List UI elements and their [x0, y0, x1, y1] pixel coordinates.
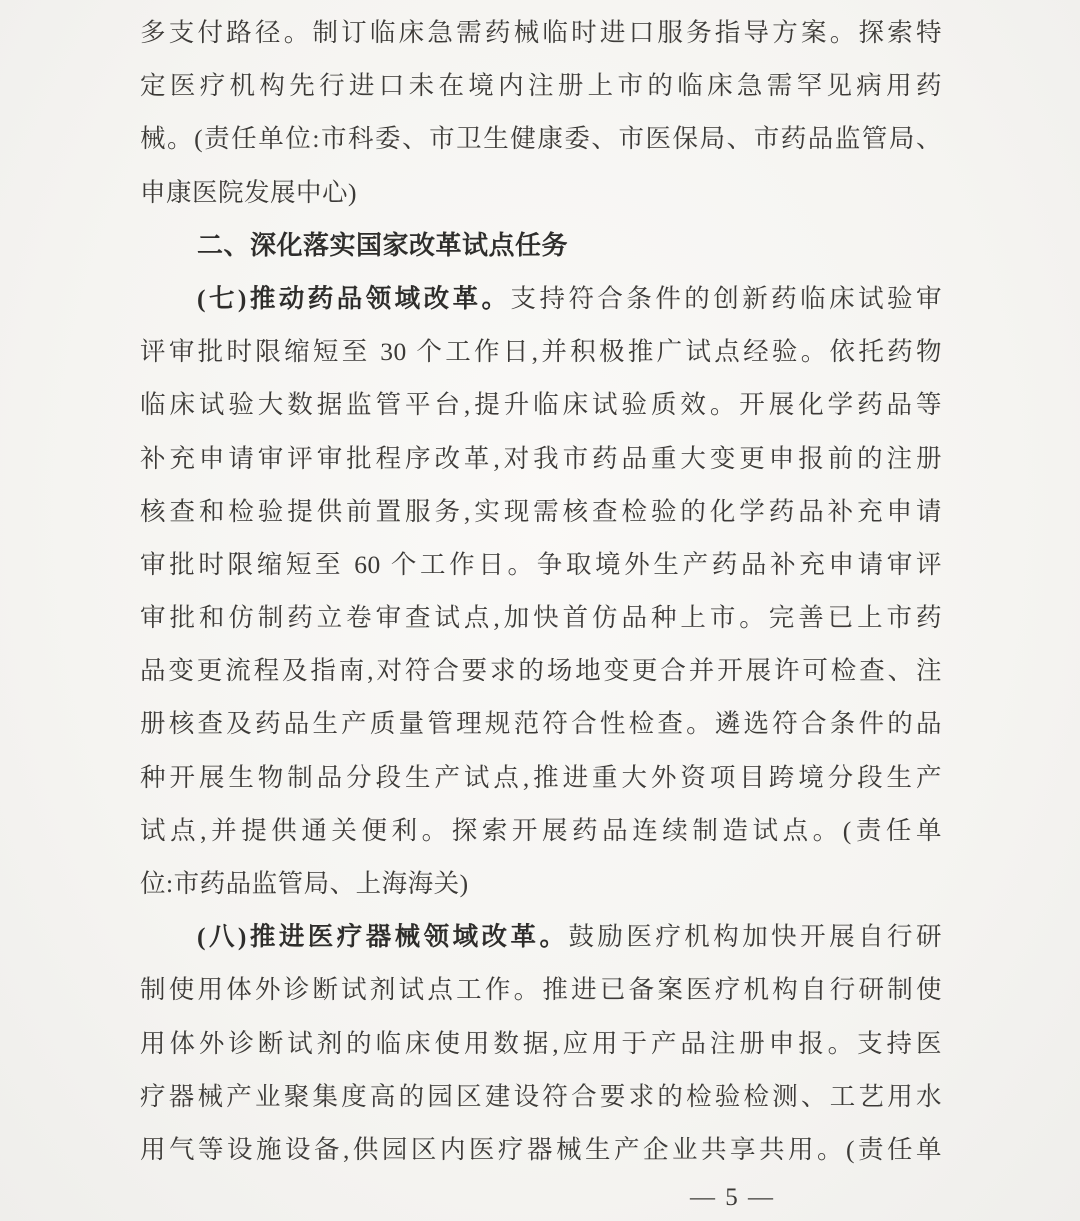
text-line: 临床试验大数据监管平台,提升临床试验质效。开展化学药品等 [140, 378, 942, 431]
text-line: 种开展生物制品分段生产试点,推进重大外资项目跨境分段生产 [140, 751, 942, 804]
document-page: 多支付路径。制订临床急需药械临时进口服务指导方案。探索特定医疗机构先行进口未在境… [0, 0, 1080, 1221]
text-line: 申康医院发展中心) [140, 166, 942, 219]
text-line: 用气等设施设备,供园区内医疗器械生产企业共享共用。(责任单 [140, 1123, 942, 1176]
text-line: 多支付路径。制订临床急需药械临时进口服务指导方案。探索特 [140, 6, 942, 59]
paragraph-lead-bold: (八)推进医疗器械领域改革。 [197, 922, 568, 951]
text-line: (八)推进医疗器械领域改革。鼓励医疗机构加快开展自行研 [140, 910, 942, 963]
paragraph-lead-bold: (七)推动药品领域改革。 [197, 284, 511, 313]
text-line: 评审批时限缩短至 30 个工作日,并积极推广试点经验。依托药物 [140, 325, 942, 378]
text-line: 械。(责任单位:市科委、市卫生健康委、市医保局、市药品监管局、 [140, 112, 942, 165]
text-line: 品变更流程及指南,对符合要求的场地变更合并开展许可检查、注 [140, 644, 942, 697]
text-line: (七)推动药品领域改革。支持符合条件的创新药临床试验审 [140, 272, 942, 325]
text-line: 用体外诊断试剂的临床使用数据,应用于产品注册申报。支持医 [140, 1017, 942, 1070]
text-line: 审批时限缩短至 60 个工作日。争取境外生产药品补充申请审评 [140, 538, 942, 591]
document-body: 多支付路径。制订临床急需药械临时进口服务指导方案。探索特定医疗机构先行进口未在境… [140, 6, 942, 1176]
text-line: 位:市药品监管局、上海海关) [140, 857, 942, 910]
text-line: 疗器械产业聚集度高的园区建设符合要求的检验检测、工艺用水 [140, 1070, 942, 1123]
section-heading: 二、深化落实国家改革试点任务 [140, 219, 942, 272]
text-line: 试点,并提供通关便利。探索开展药品连续制造试点。(责任单 [140, 804, 942, 857]
text-line: 定医疗机构先行进口未在境内注册上市的临床急需罕见病用药 [140, 59, 942, 112]
text-line: 补充申请审评审批程序改革,对我市药品重大变更申报前的注册 [140, 432, 942, 485]
page-number: — 5 — [140, 1183, 942, 1213]
text-line: 制使用体外诊断试剂试点工作。推进已备案医疗机构自行研制使 [140, 963, 942, 1016]
text-line: 审批和仿制药立卷审查试点,加快首仿品种上市。完善已上市药 [140, 591, 942, 644]
text-line: 核查和检验提供前置服务,实现需核查检验的化学药品补充申请 [140, 485, 942, 538]
text-line: 册核查及药品生产质量管理规范符合性检查。遴选符合条件的品 [140, 697, 942, 750]
